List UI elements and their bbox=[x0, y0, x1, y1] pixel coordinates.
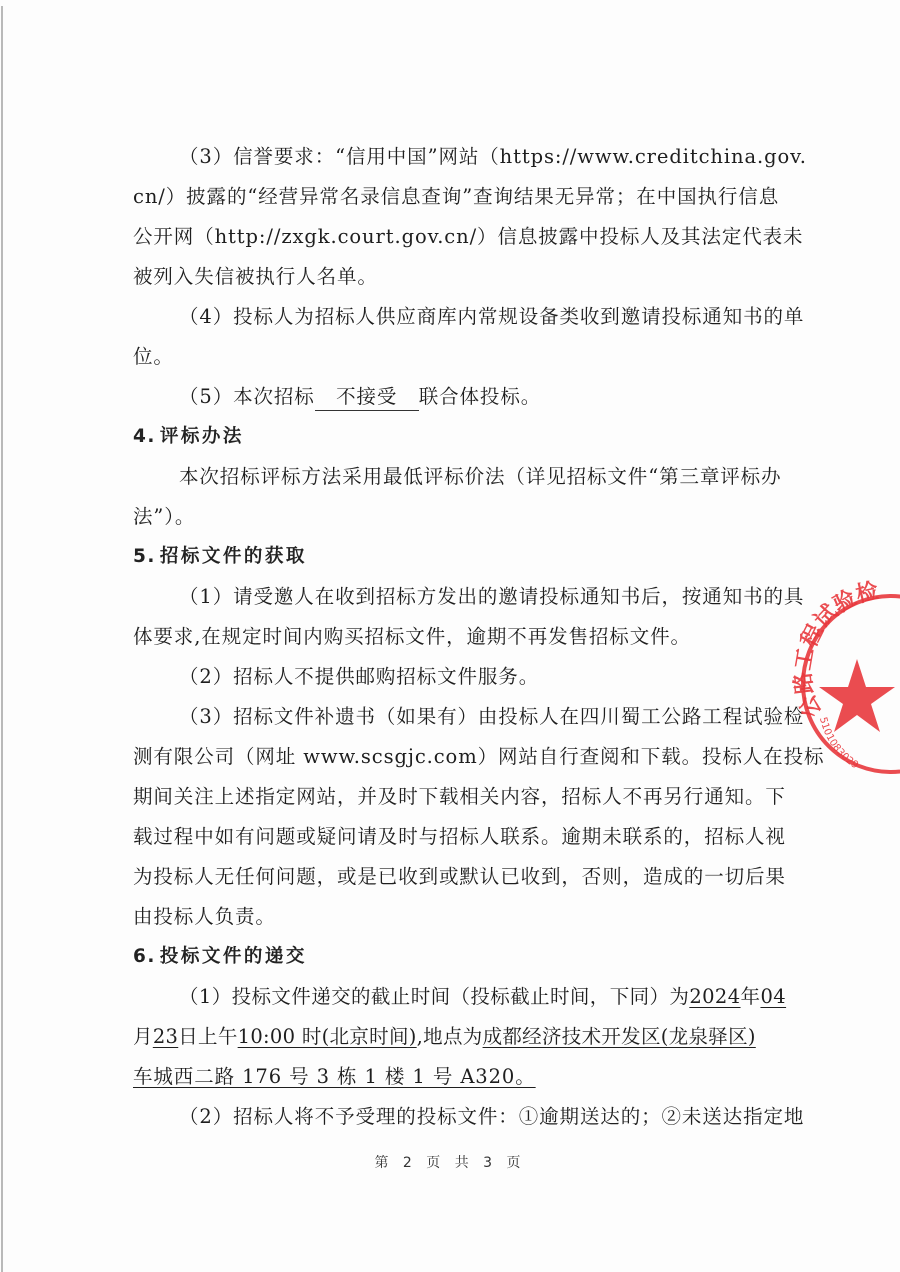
text-line: （3）信誉要求：“信用中国”网站（https://www.creditchina… bbox=[133, 139, 798, 179]
text-line: （2）招标人将不予受理的投标文件：①逾期送达的；②未送达指定地 bbox=[133, 1099, 798, 1139]
consortium-blank-value: 不接受 bbox=[315, 384, 419, 411]
text-line: （3）招标文件补遗书（如果有）由投标人在四川蜀工公路工程试验检 bbox=[133, 699, 798, 739]
supplier-requirement-paragraph: （4）投标人为招标人供应商库内常规设备类收到邀请投标通知书的单 位。 bbox=[133, 299, 798, 379]
company-seal-icon: 公路工程试验检 5101083029 bbox=[800, 593, 900, 775]
heading-title: 投标文件的递交 bbox=[156, 946, 307, 967]
deadline-line-3: 车城西二路 176 号 3 栋 1 楼 1 号 A320。 bbox=[133, 1059, 798, 1099]
text-line: （1）请受邀人在收到招标方发出的邀请投标通知书后，按通知书的具 bbox=[133, 579, 798, 619]
text-line: 体要求,在规定时间内购买招标文件，逾期不再发售招标文件。 bbox=[133, 619, 798, 659]
text-line: 期间关注上述指定网站，并及时下载相关内容，招标人不再另行通知。下 bbox=[133, 779, 798, 819]
text-line: 位。 bbox=[133, 339, 798, 379]
heading-number: 6. bbox=[133, 946, 156, 967]
text-line: 本次招标评标方法采用最低评标价法（详见招标文件“第三章评标办 bbox=[133, 459, 798, 499]
text-line: cn/）披露的“经营异常名录信息查询”查询结果无异常；在中国执行信息 bbox=[133, 179, 798, 219]
submission-location: 成都经济技术开发区(龙泉驿区) bbox=[483, 1025, 756, 1048]
section-heading-submission: 6.投标文件的递交 bbox=[133, 939, 798, 979]
deadline-year: 2024 bbox=[689, 985, 740, 1008]
deadline-line-2: 月23日上午10:00 时(北京时间),地点为成都经济技术开发区(龙泉驿区) bbox=[133, 1019, 798, 1059]
deadline-time: 10:00 时(北京时间) bbox=[238, 1025, 417, 1048]
text-line: （4）投标人为招标人供应商库内常规设备类收到邀请投标通知书的单 bbox=[133, 299, 798, 339]
heading-number: 4. bbox=[133, 426, 156, 447]
document-page: （3）信誉要求：“信用中国”网站（https://www.creditchina… bbox=[133, 139, 798, 1139]
submission-location-cont: 车城西二路 176 号 3 栋 1 楼 1 号 A320。 bbox=[133, 1065, 536, 1088]
credit-requirement-paragraph: （3）信誉要求：“信用中国”网站（https://www.creditchina… bbox=[133, 139, 798, 299]
text-line: 被列入失信被执行人名单。 bbox=[133, 259, 798, 299]
text-line: 测有限公司（网址 www.scsgjc.com）网站自行查阅和下载。投标人在投标 bbox=[133, 739, 798, 779]
text-line: 法”）。 bbox=[133, 499, 798, 539]
deadline-month: 04 bbox=[760, 985, 786, 1008]
heading-title: 招标文件的获取 bbox=[156, 546, 307, 567]
section-heading-evaluation: 4.评标办法 bbox=[133, 419, 798, 459]
heading-title: 评标办法 bbox=[156, 426, 244, 447]
deadline-day: 23 bbox=[153, 1025, 178, 1048]
heading-number: 5. bbox=[133, 546, 156, 567]
section-heading-acquisition: 5.招标文件的获取 bbox=[133, 539, 798, 579]
scan-edge-line bbox=[1, 6, 3, 1272]
text-line: 由投标人负责。 bbox=[133, 899, 798, 939]
text-line: 为投标人无任何问题，或是已收到或默认已收到，否则，造成的一切后果 bbox=[133, 859, 798, 899]
text-line: 载过程中如有问题或疑问请及时与招标人联系。逾期未联系的，招标人视 bbox=[133, 819, 798, 859]
consortium-paragraph: （5）本次招标不接受联合体投标。 bbox=[133, 379, 798, 419]
text-line: （2）招标人不提供邮购招标文件服务。 bbox=[133, 659, 798, 699]
page-number: 第 2 页 共 3 页 bbox=[0, 1152, 900, 1172]
deadline-line-1: （1）投标文件递交的截止时间（投标截止时间，下同）为2024年04 bbox=[133, 979, 798, 1019]
text-line: 公开网（http://zxgk.court.gov.cn/）信息披露中投标人及其… bbox=[133, 219, 798, 259]
